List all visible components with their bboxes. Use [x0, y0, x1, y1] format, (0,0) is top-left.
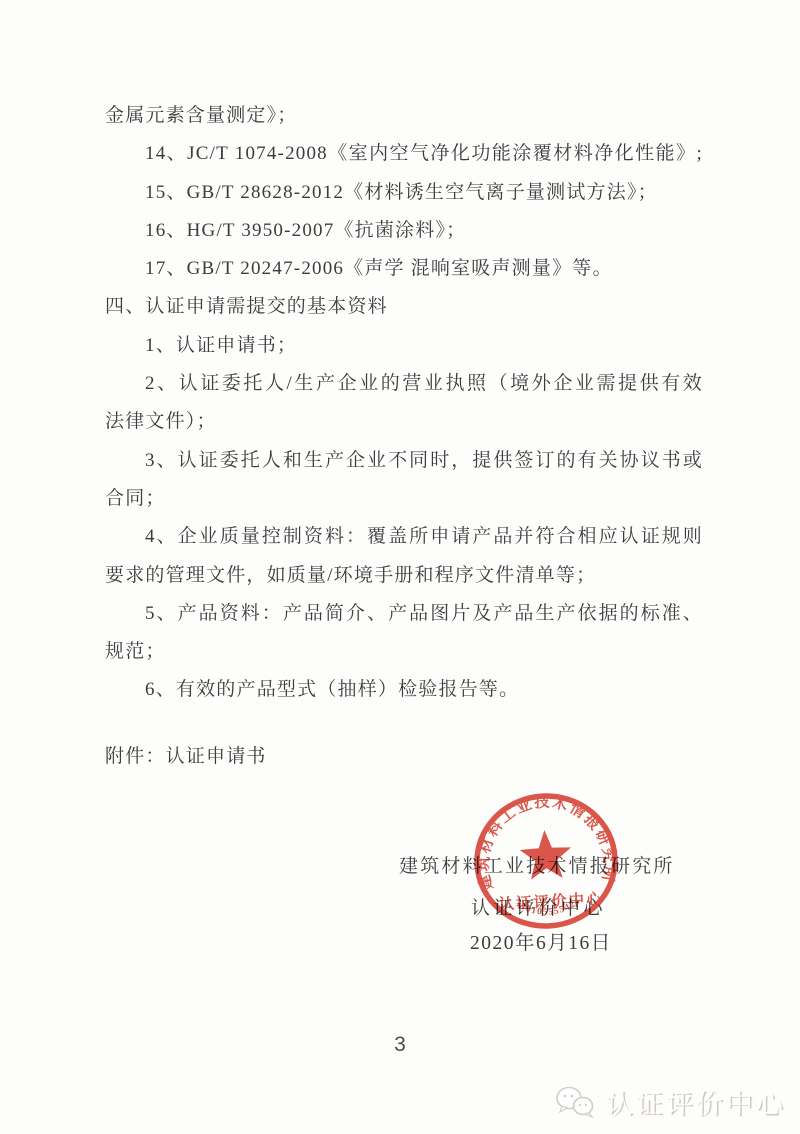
footer-watermark: 认证评价中心	[554, 1082, 786, 1121]
document-line: 规范；	[105, 633, 703, 671]
document-line: 要求的管理文件，如质量/环境手册和程序文件清单等；	[105, 557, 703, 595]
document-page: 金属元素含量测定》；14、JC/T 1074-2008《室内空气净化功能涂覆材料…	[0, 0, 800, 1134]
chat-bubbles-logo-icon	[554, 1084, 598, 1120]
document-line: 4、企业质量控制资料：覆盖所申请产品并符合相应认证规则	[105, 518, 703, 556]
document-line: 16、HG/T 3950-2007《抗菌涂料》；	[105, 212, 703, 250]
document-line: 四、认证申请需提交的基本资料	[105, 288, 703, 326]
seal-star-icon	[519, 829, 573, 880]
document-line: 6、有效的产品型式（抽样）检验报告等。	[105, 671, 703, 709]
document-line: 3、认证委托人和生产企业不同时，提供签订的有关协议书或	[105, 442, 703, 480]
document-line: 14、JC/T 1074-2008《室内空气净化功能涂覆材料净化性能》;	[105, 135, 703, 173]
official-seal-stamp: 建筑材料工业技术情报研究所 认证评价中心 110105555424	[441, 761, 651, 961]
document-line: 法律文件）；	[105, 403, 703, 441]
document-line: 2、认证委托人/生产企业的营业执照（境外企业需提供有效	[105, 365, 703, 403]
document-line: 金属元素含量测定》；	[105, 97, 703, 135]
document-line: 17、GB/T 20247-2006《声学 混响室吸声测量》等。	[105, 250, 703, 288]
document-line: 15、GB/T 28628-2012《材料诱生空气离子量测试方法》；	[105, 174, 703, 212]
page-number: 3	[0, 1033, 800, 1057]
watermark-label: 认证评价中心	[606, 1082, 786, 1121]
document-line: 5、产品资料：产品简介、产品图片及产品生产依据的标准、	[105, 595, 703, 633]
document-lines: 金属元素含量测定》；14、JC/T 1074-2008《室内空气净化功能涂覆材料…	[105, 97, 703, 710]
document-line: 合同；	[105, 480, 703, 518]
document-line: 1、认证申请书；	[105, 327, 703, 365]
